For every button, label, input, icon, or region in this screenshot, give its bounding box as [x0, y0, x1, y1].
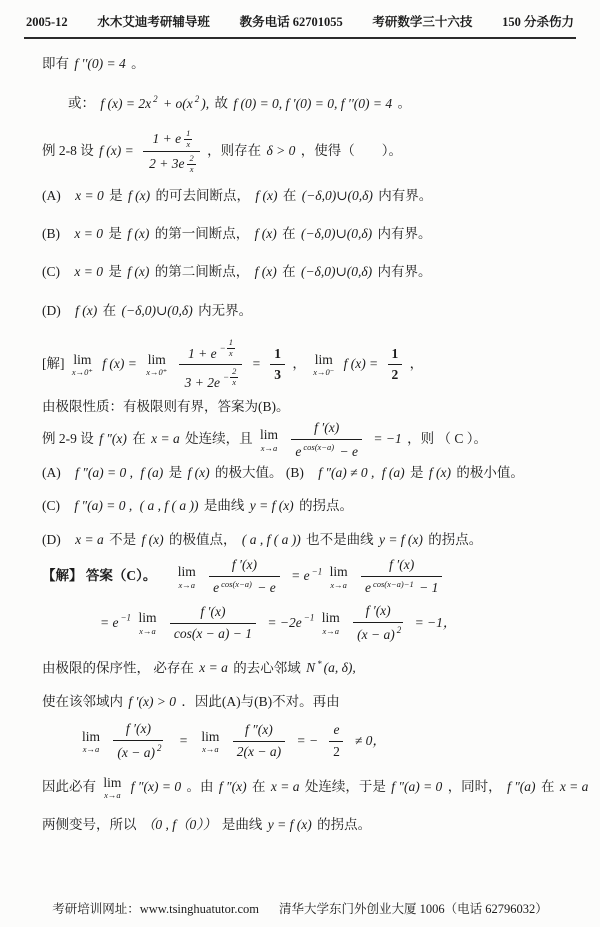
- numerator: 1 + e1x: [143, 129, 200, 153]
- limit-operator: limx→a: [178, 565, 196, 589]
- numerator: f ′(x): [361, 557, 442, 577]
- denominator: cos(x − a) − 1: [170, 624, 256, 643]
- math-text: f (x): [255, 188, 277, 203]
- cjk-text: 是: [169, 465, 183, 480]
- numerator: e: [329, 722, 343, 742]
- fraction: 13: [270, 346, 285, 385]
- limit-operator: limx→a: [201, 730, 219, 754]
- lim-subscript: x→0⁺: [146, 368, 167, 377]
- option-d-2-8: (D) f (x) 在 (−δ,0)∪(0,δ) 内无界。: [42, 302, 562, 320]
- footer-website: 考研培训网址：www.tsinghuatutor.com: [52, 899, 259, 917]
- option-tag: (D): [42, 532, 61, 547]
- cjk-text: 的第二间断点，: [155, 264, 250, 279]
- cjk-text: 内有界。: [378, 226, 432, 241]
- math-text: （0 , f（0））: [142, 817, 217, 832]
- math-text: e: [213, 580, 219, 595]
- lim-subscript: x→a: [178, 581, 195, 590]
- limit-operator: limx→0⁻: [313, 353, 334, 377]
- small-denominator: x: [227, 349, 235, 359]
- math-text: f ″(x) = 0: [131, 779, 181, 794]
- limit-operator: limx→a: [138, 611, 156, 635]
- fraction: f ′(x) (x − a)2: [111, 721, 165, 761]
- math-text: ≠ 0，: [355, 733, 386, 748]
- math-text: f (x): [255, 226, 277, 241]
- math-text: x = a: [271, 779, 300, 794]
- cjk-text: 内无界。: [198, 303, 252, 318]
- math-text: =: [252, 356, 261, 371]
- exponent: cos(x−a): [303, 442, 334, 452]
- math-text: x = 0: [74, 264, 103, 279]
- cjk-text: 在: [283, 188, 297, 203]
- option-tag: (D): [42, 303, 61, 318]
- option-tag: (B): [42, 226, 60, 241]
- math-text: f (a): [382, 465, 405, 480]
- math-text: y = f (x): [250, 498, 294, 513]
- cjk-text: 的拐点。: [428, 532, 482, 547]
- math-text: (x − a): [357, 627, 395, 642]
- superscript: −1: [312, 567, 323, 577]
- option-ab-2-9: (A) f ″(a) = 0 , f (a) 是 f (x) 的极大值。 (B)…: [42, 464, 562, 482]
- cjk-text: 在: [103, 303, 117, 318]
- numerator: 1: [388, 346, 403, 366]
- math-text: f (x): [127, 226, 149, 241]
- lim-op: lim: [201, 730, 219, 744]
- limit-operator: limx→0⁺: [146, 353, 167, 377]
- numerator: f ′(x): [113, 721, 163, 741]
- line-derivative-limits: limx→a f ′(x) (x − a)2 = limx→a f ″(x) 2…: [42, 721, 562, 761]
- fraction: f ′(x) ecos(x−a)−1 − 1: [359, 557, 444, 597]
- solution-tag: [解]: [42, 356, 65, 371]
- numerator: f ′(x): [291, 420, 362, 440]
- option-a-2-8: (A) x = 0 是 f (x) 的可去间断点， f (x) 在 (−δ,0)…: [42, 187, 562, 205]
- small-fraction: 1x: [227, 338, 235, 359]
- math-text: f (a): [140, 465, 163, 480]
- lim-op: lim: [330, 565, 348, 579]
- cjk-text: 的拐点。: [299, 498, 353, 513]
- math-text: y = f (x): [379, 532, 423, 547]
- example-2-8-statement: 例 2-8 设 f (x) = 1 + e1x 2 + 3e2x ，则存在 δ …: [42, 129, 562, 175]
- cjk-text: ，则: [407, 431, 434, 446]
- lim-op: lim: [260, 428, 278, 442]
- limit-operator: limx→a: [82, 730, 100, 754]
- cjk-text: ，则存在: [207, 143, 261, 158]
- math-text: = −1，: [415, 615, 457, 630]
- option-tag: (A): [42, 465, 61, 480]
- lim-op: lim: [148, 353, 166, 367]
- cjk-text: 设: [80, 431, 94, 446]
- cjk-text: 的去心邻域: [233, 660, 301, 675]
- cjk-text: 由极限性质：有极限则有界，答案为(B)。: [42, 399, 290, 414]
- math-text: f (x): [255, 264, 277, 279]
- option-c-2-9: (C) f ″(a) = 0 , ( a , f ( a )) 是曲线 y = …: [42, 497, 562, 515]
- cjk-text: 是曲线: [222, 817, 263, 832]
- cjk-text: 因此必有: [42, 779, 96, 794]
- math-text: − 1: [416, 580, 439, 595]
- math-text: f (x): [127, 264, 149, 279]
- math-text: f (x): [128, 188, 150, 203]
- fraction: f ′(x) (x − a)2: [351, 603, 405, 643]
- option-b-2-8: (B) x = 0 是 f (x) 的第一间断点， f (x) 在 (−δ,0)…: [42, 225, 562, 243]
- math-text: x = a: [75, 532, 104, 547]
- line-alternative: 或： f (x) = 2x2 + o(x2), 故 f (0) = 0, f ′…: [42, 93, 562, 113]
- cjk-text: 或：: [68, 96, 95, 111]
- option-tag: (B): [286, 465, 304, 480]
- math-text: 3 + 2e: [185, 375, 220, 390]
- exponent: 2x: [187, 154, 195, 175]
- cjk-text: ，使得（ ）。: [301, 143, 402, 158]
- small-fraction: 1x: [184, 129, 192, 150]
- small-fraction: 2x: [187, 154, 195, 175]
- example-label: 例 2-8: [42, 143, 77, 158]
- denominator: (x − a)2: [111, 741, 165, 761]
- exponent-sign: −: [220, 343, 226, 354]
- cjk-text: 的极值点，: [169, 532, 237, 547]
- header-brand: 水木艾迪考研辅导班: [97, 12, 210, 30]
- math-text: 1 + e: [188, 346, 217, 361]
- superscript: *: [317, 659, 322, 669]
- math-text: ( a , f ( a )): [140, 498, 199, 513]
- example-2-9-statement: 例 2-9 设 f ″(x) 在 x = a 处连续，且 limx→a f ′(…: [42, 420, 562, 460]
- header-date: 2005-12: [26, 15, 68, 30]
- math-text: 1 + e: [152, 131, 181, 146]
- exponent: −2x: [223, 367, 238, 388]
- cjk-text: 的极小值。: [456, 465, 524, 480]
- limit-operator: limx→0⁺: [72, 353, 93, 377]
- math-text: = −2e: [267, 615, 301, 630]
- line-conclusion-f2: 即有 f ′′(0) = 4 。: [42, 55, 562, 73]
- lim-op: lim: [315, 353, 333, 367]
- denominator: (x − a)2: [351, 623, 405, 643]
- exponent: cos(x−a): [221, 579, 252, 589]
- exponent: cos(x−a)−1: [373, 579, 414, 589]
- math-text: f (x): [75, 303, 97, 318]
- math-text: f ′′(0) = 4: [74, 56, 125, 71]
- math-text: x = a: [151, 431, 180, 446]
- math-text: (a, δ),: [324, 660, 356, 675]
- small-denominator: x: [184, 140, 192, 150]
- lim-subscript: x→a: [202, 745, 219, 754]
- exponent-sign: −: [223, 372, 229, 383]
- small-fraction: 2x: [230, 367, 238, 388]
- lim-op: lim: [103, 776, 121, 790]
- lim-op: lim: [82, 730, 100, 744]
- solution-2-9-line1: 【解】 答案（C）。 limx→a f ′(x) ecos(x−a) − e =…: [42, 557, 562, 597]
- math-text: f (x): [429, 465, 451, 480]
- math-text: f (x) =: [344, 356, 379, 371]
- cjk-text: 。由: [186, 779, 213, 794]
- limit-operator: limx→a: [330, 565, 348, 589]
- cjk-text: 处连续，且: [185, 431, 253, 446]
- math-text: = e: [291, 568, 309, 583]
- small-denominator: x: [187, 165, 195, 175]
- cjk-text: 是: [410, 465, 424, 480]
- lim-subscript: x→a: [330, 581, 347, 590]
- math-text: = e: [100, 615, 118, 630]
- math-text: e: [365, 580, 371, 595]
- math-text: y = f (x): [268, 817, 312, 832]
- exponent: 1x: [184, 129, 192, 150]
- small-denominator: x: [230, 378, 238, 388]
- cjk-text: 使在该邻域内: [42, 694, 123, 709]
- cjk-text: ．因此(A)与(B)不对。再由: [181, 694, 339, 709]
- math-text: ( a , f ( a )): [242, 532, 301, 547]
- math-text: 2 + 3e: [149, 156, 184, 171]
- denominator: ecos(x−a) − e: [207, 577, 282, 597]
- fraction: e2: [327, 722, 345, 761]
- cjk-text: 的可去间断点，: [155, 188, 250, 203]
- page-footer: 考研培训网址：www.tsinghuatutor.com 清华大学东门外创业大厦…: [0, 899, 600, 917]
- option-tag: (C): [42, 264, 60, 279]
- denominator: 3 + 2e−2x: [179, 365, 243, 392]
- cjk-text: 的拐点。: [317, 817, 371, 832]
- math-text: x = a: [560, 779, 589, 794]
- cjk-text: 是: [109, 188, 123, 203]
- line-order-preserving: 由极限的保序性， 必存在 x = a 的去心邻域 N*(a, δ),: [42, 658, 562, 678]
- cjk-text: 的第一间断点，: [155, 226, 250, 241]
- fraction: f ′(x) ecos(x−a) − e: [207, 557, 282, 597]
- solution-tag: 【解】: [42, 568, 83, 583]
- numerator: f ′(x): [353, 603, 403, 623]
- fraction: f ″(x) 2(x − a): [231, 722, 287, 761]
- cjk-text: 在: [282, 226, 296, 241]
- math-text: f ″(x): [99, 431, 127, 446]
- option-c-2-8: (C) x = 0 是 f (x) 的第二间断点， f (x) 在 (−δ,0)…: [42, 263, 562, 281]
- cjk-text: 即有: [42, 56, 69, 71]
- cjk-text: 内有界。: [378, 188, 432, 203]
- superscript: −1: [304, 613, 315, 623]
- denominator: ecos(x−a)−1 − 1: [359, 577, 444, 597]
- lim-subscript: x→0⁻: [313, 368, 334, 377]
- denominator: 2: [388, 365, 403, 384]
- numerator: f ′(x): [209, 557, 280, 577]
- document-content: 即有 f ′′(0) = 4 。 或： f (x) = 2x2 + o(x2),…: [24, 39, 576, 834]
- math-text: ),: [201, 96, 209, 111]
- option-tag: (A): [42, 188, 61, 203]
- limit-operator: limx→a: [103, 776, 121, 800]
- numerator: 1: [270, 346, 285, 366]
- math-text: f ″(a): [507, 779, 536, 794]
- cjk-text: 由极限的保序性， 必存在: [42, 660, 194, 675]
- math-text: = −1: [373, 431, 401, 446]
- cjk-text: 两侧变号，所以: [42, 817, 137, 832]
- denominator: 2 + 3e2x: [143, 152, 200, 175]
- example-label: 例 2-9: [42, 431, 77, 446]
- cjk-text: 在: [541, 779, 555, 794]
- math-text: (−δ,0)∪(0,δ): [301, 264, 372, 279]
- cjk-text: 是: [108, 264, 122, 279]
- lim-op: lim: [178, 565, 196, 579]
- lim-subscript: x→a: [104, 791, 121, 800]
- header-phone: 教务电话 62701055: [240, 12, 343, 30]
- cjk-text: ，: [410, 356, 424, 371]
- cjk-text: 故: [214, 96, 228, 111]
- cjk-text: 内有界。: [378, 264, 432, 279]
- cjk-text: ，同时，: [448, 779, 502, 794]
- option-d-2-9: (D) x = a 不是 f (x) 的极值点， ( a , f ( a )) …: [42, 531, 562, 549]
- cjk-text: 处连续，于是: [305, 779, 386, 794]
- math-text: − e: [254, 580, 276, 595]
- denominator: ecos(x−a) − e: [289, 440, 364, 460]
- lim-op: lim: [322, 611, 340, 625]
- line-conclusion-2: 两侧变号，所以 （0 , f（0）） 是曲线 y = f (x) 的拐点。: [42, 816, 562, 834]
- answer-placeholder: （ C ）。: [437, 431, 487, 446]
- math-text: f (x): [141, 532, 163, 547]
- math-text: x = a: [199, 660, 228, 675]
- cjk-text: 是曲线: [204, 498, 245, 513]
- math-text: (−δ,0)∪(0,δ): [121, 303, 192, 318]
- math-text: f ′(x) > 0: [128, 694, 176, 709]
- math-text: f ″(a) = 0 ,: [75, 465, 133, 480]
- math-text: f ″(a) = 0 ,: [74, 498, 132, 513]
- superscript: 2: [157, 743, 162, 753]
- footer-address: 清华大学东门外创业大厦 1006（电话 62796032）: [279, 899, 548, 917]
- superscript: 2: [397, 625, 402, 635]
- superscript: 2: [153, 94, 158, 104]
- cjk-text: 。: [131, 56, 145, 71]
- fraction: f ′(x) ecos(x−a) − e: [289, 420, 364, 460]
- page-header: 2005-12 水木艾迪考研辅导班 教务电话 62701055 考研数学三十六技…: [24, 8, 576, 30]
- header-slogan: 150 分杀伤力: [502, 12, 574, 30]
- math-text: f (x) = 2x: [100, 96, 151, 111]
- math-text: (−δ,0)∪(0,δ): [302, 188, 373, 203]
- math-text: (−δ,0)∪(0,δ): [301, 226, 372, 241]
- cjk-text: 也不是曲线: [306, 532, 374, 547]
- document-page: 2005-12 水木艾迪考研辅导班 教务电话 62701055 考研数学三十六技…: [0, 0, 600, 927]
- line-neighborhood: 使在该邻域内 f ′(x) > 0 ．因此(A)与(B)不对。再由: [42, 693, 562, 711]
- cjk-text: 的极大值。: [215, 465, 283, 480]
- math-text: x = 0: [75, 188, 104, 203]
- math-text: e: [295, 444, 301, 459]
- option-tag: (C): [42, 498, 60, 513]
- cjk-text: 不是: [109, 532, 136, 547]
- lim-subscript: x→0⁺: [72, 368, 93, 377]
- math-text: f ″(x): [219, 779, 247, 794]
- limit-operator: limx→a: [260, 428, 278, 452]
- lim-op: lim: [73, 353, 91, 367]
- fraction: 1 + e−1x 3 + 2e−2x: [179, 338, 243, 392]
- superscript: −1: [120, 613, 131, 623]
- math-text: δ > 0: [266, 143, 295, 158]
- denominator: 2(x − a): [233, 742, 285, 761]
- math-text: − e: [336, 444, 358, 459]
- math-text: (x − a): [117, 745, 155, 760]
- math-text: x = 0: [74, 226, 103, 241]
- fraction: 12: [388, 346, 403, 385]
- math-text: = −: [296, 733, 318, 748]
- cjk-text: 。: [398, 96, 412, 111]
- lim-subscript: x→a: [139, 627, 156, 636]
- math-text: N: [306, 660, 315, 675]
- solution-2-9-line2: = e−1 limx→a f ′(x) cos(x − a) − 1 = −2e…: [42, 603, 562, 643]
- numerator: f ′(x): [170, 604, 256, 624]
- cjk-text: 设: [80, 143, 94, 158]
- numerator: 1 + e−1x: [179, 338, 243, 366]
- exponent: −1x: [220, 338, 235, 359]
- lim-op: lim: [138, 611, 156, 625]
- cjk-text: 在: [252, 779, 266, 794]
- cjk-text: 在: [282, 264, 296, 279]
- lim-subscript: x→a: [261, 444, 278, 453]
- denominator: 3: [270, 365, 285, 384]
- cjk-text: 在: [132, 431, 146, 446]
- math-text: f (x) =: [102, 356, 137, 371]
- cjk-text: 是: [108, 226, 122, 241]
- cjk-text: ，: [292, 356, 306, 371]
- math-text: + o(x: [160, 96, 193, 111]
- fraction: 1 + e1x 2 + 3e2x: [143, 129, 200, 175]
- limit-operator: limx→a: [322, 611, 340, 635]
- line-limit-property: 由极限性质：有极限则有界，答案为(B)。: [42, 398, 562, 416]
- denominator: 2: [327, 742, 345, 761]
- lim-subscript: x→a: [322, 627, 339, 636]
- math-text: f ″(a) ≠ 0 ,: [318, 465, 374, 480]
- fraction: f ′(x) cos(x − a) − 1: [168, 604, 258, 643]
- line-conclusion-1: 因此必有 limx→a f ″(x) = 0 。由 f ″(x) 在 x = a…: [42, 776, 562, 800]
- header-series: 考研数学三十六技: [372, 12, 472, 30]
- math-text: f (0) = 0, f ′(0) = 0, f ′′(0) = 4: [233, 96, 392, 111]
- solution-2-8: [解] limx→0⁺ f (x) = limx→0⁺ 1 + e−1x 3 +…: [42, 338, 562, 392]
- numerator: f ″(x): [233, 722, 285, 742]
- math-text: f ″(a) = 0: [391, 779, 442, 794]
- math-text: =: [179, 733, 188, 748]
- math-text: f (x): [187, 465, 209, 480]
- answer-text: 答案（C）。: [86, 568, 157, 583]
- lim-subscript: x→a: [83, 745, 100, 754]
- math-text: f (x) =: [99, 143, 134, 158]
- superscript: 2: [195, 94, 200, 104]
